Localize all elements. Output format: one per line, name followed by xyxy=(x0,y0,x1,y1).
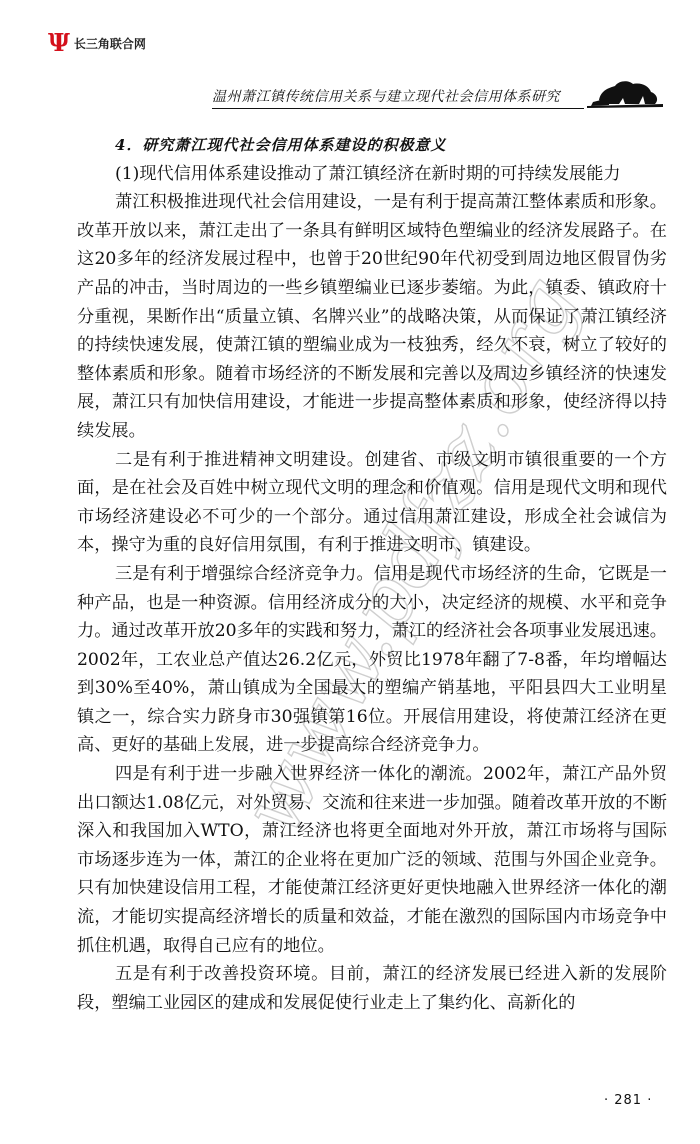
paragraph: 五是有利于改善投资环境。目前，萧江的经济发展已经进入新的发展阶段，塑编工业园区的… xyxy=(77,960,667,1017)
paragraph: 三是有利于增强综合经济竞争力。信用是现代市场经济的生命，它既是一种产品，也是一种… xyxy=(77,560,667,760)
logo-text: 长三角联合网 xyxy=(74,35,146,52)
paragraph: 四是有利于进一步融入世界经济一体化的潮流。2002年，萧江产品外贸出口额达1.0… xyxy=(77,760,667,960)
paragraph: 萧江积极推进现代社会信用建设，一是有利于提高萧江整体素质和形象。改革开放以来，萧… xyxy=(77,188,667,445)
section-subheading: (1)现代信用体系建设推动了萧江镇经济在新时期的可持续发展能力 xyxy=(77,160,667,189)
tree-ornament-icon xyxy=(585,78,665,108)
section-heading: 4．研究萧江现代社会信用体系建设的积极意义 xyxy=(77,131,667,160)
site-logo: Ψ 长三角联合网 xyxy=(48,30,146,56)
logo-mark-icon: Ψ xyxy=(48,31,70,55)
running-header: 温州萧江镇传统信用关系与建立现代社会信用体系研究 xyxy=(212,86,584,109)
page-number: · 281 · xyxy=(604,1093,652,1108)
paragraph: 二是有利于推进精神文明建设。创建省、市级文明市镇很重要的一个方面，是在社会及百姓… xyxy=(77,446,667,560)
document-body: 4．研究萧江现代社会信用体系建设的积极意义 (1)现代信用体系建设推动了萧江镇经… xyxy=(77,131,667,1017)
